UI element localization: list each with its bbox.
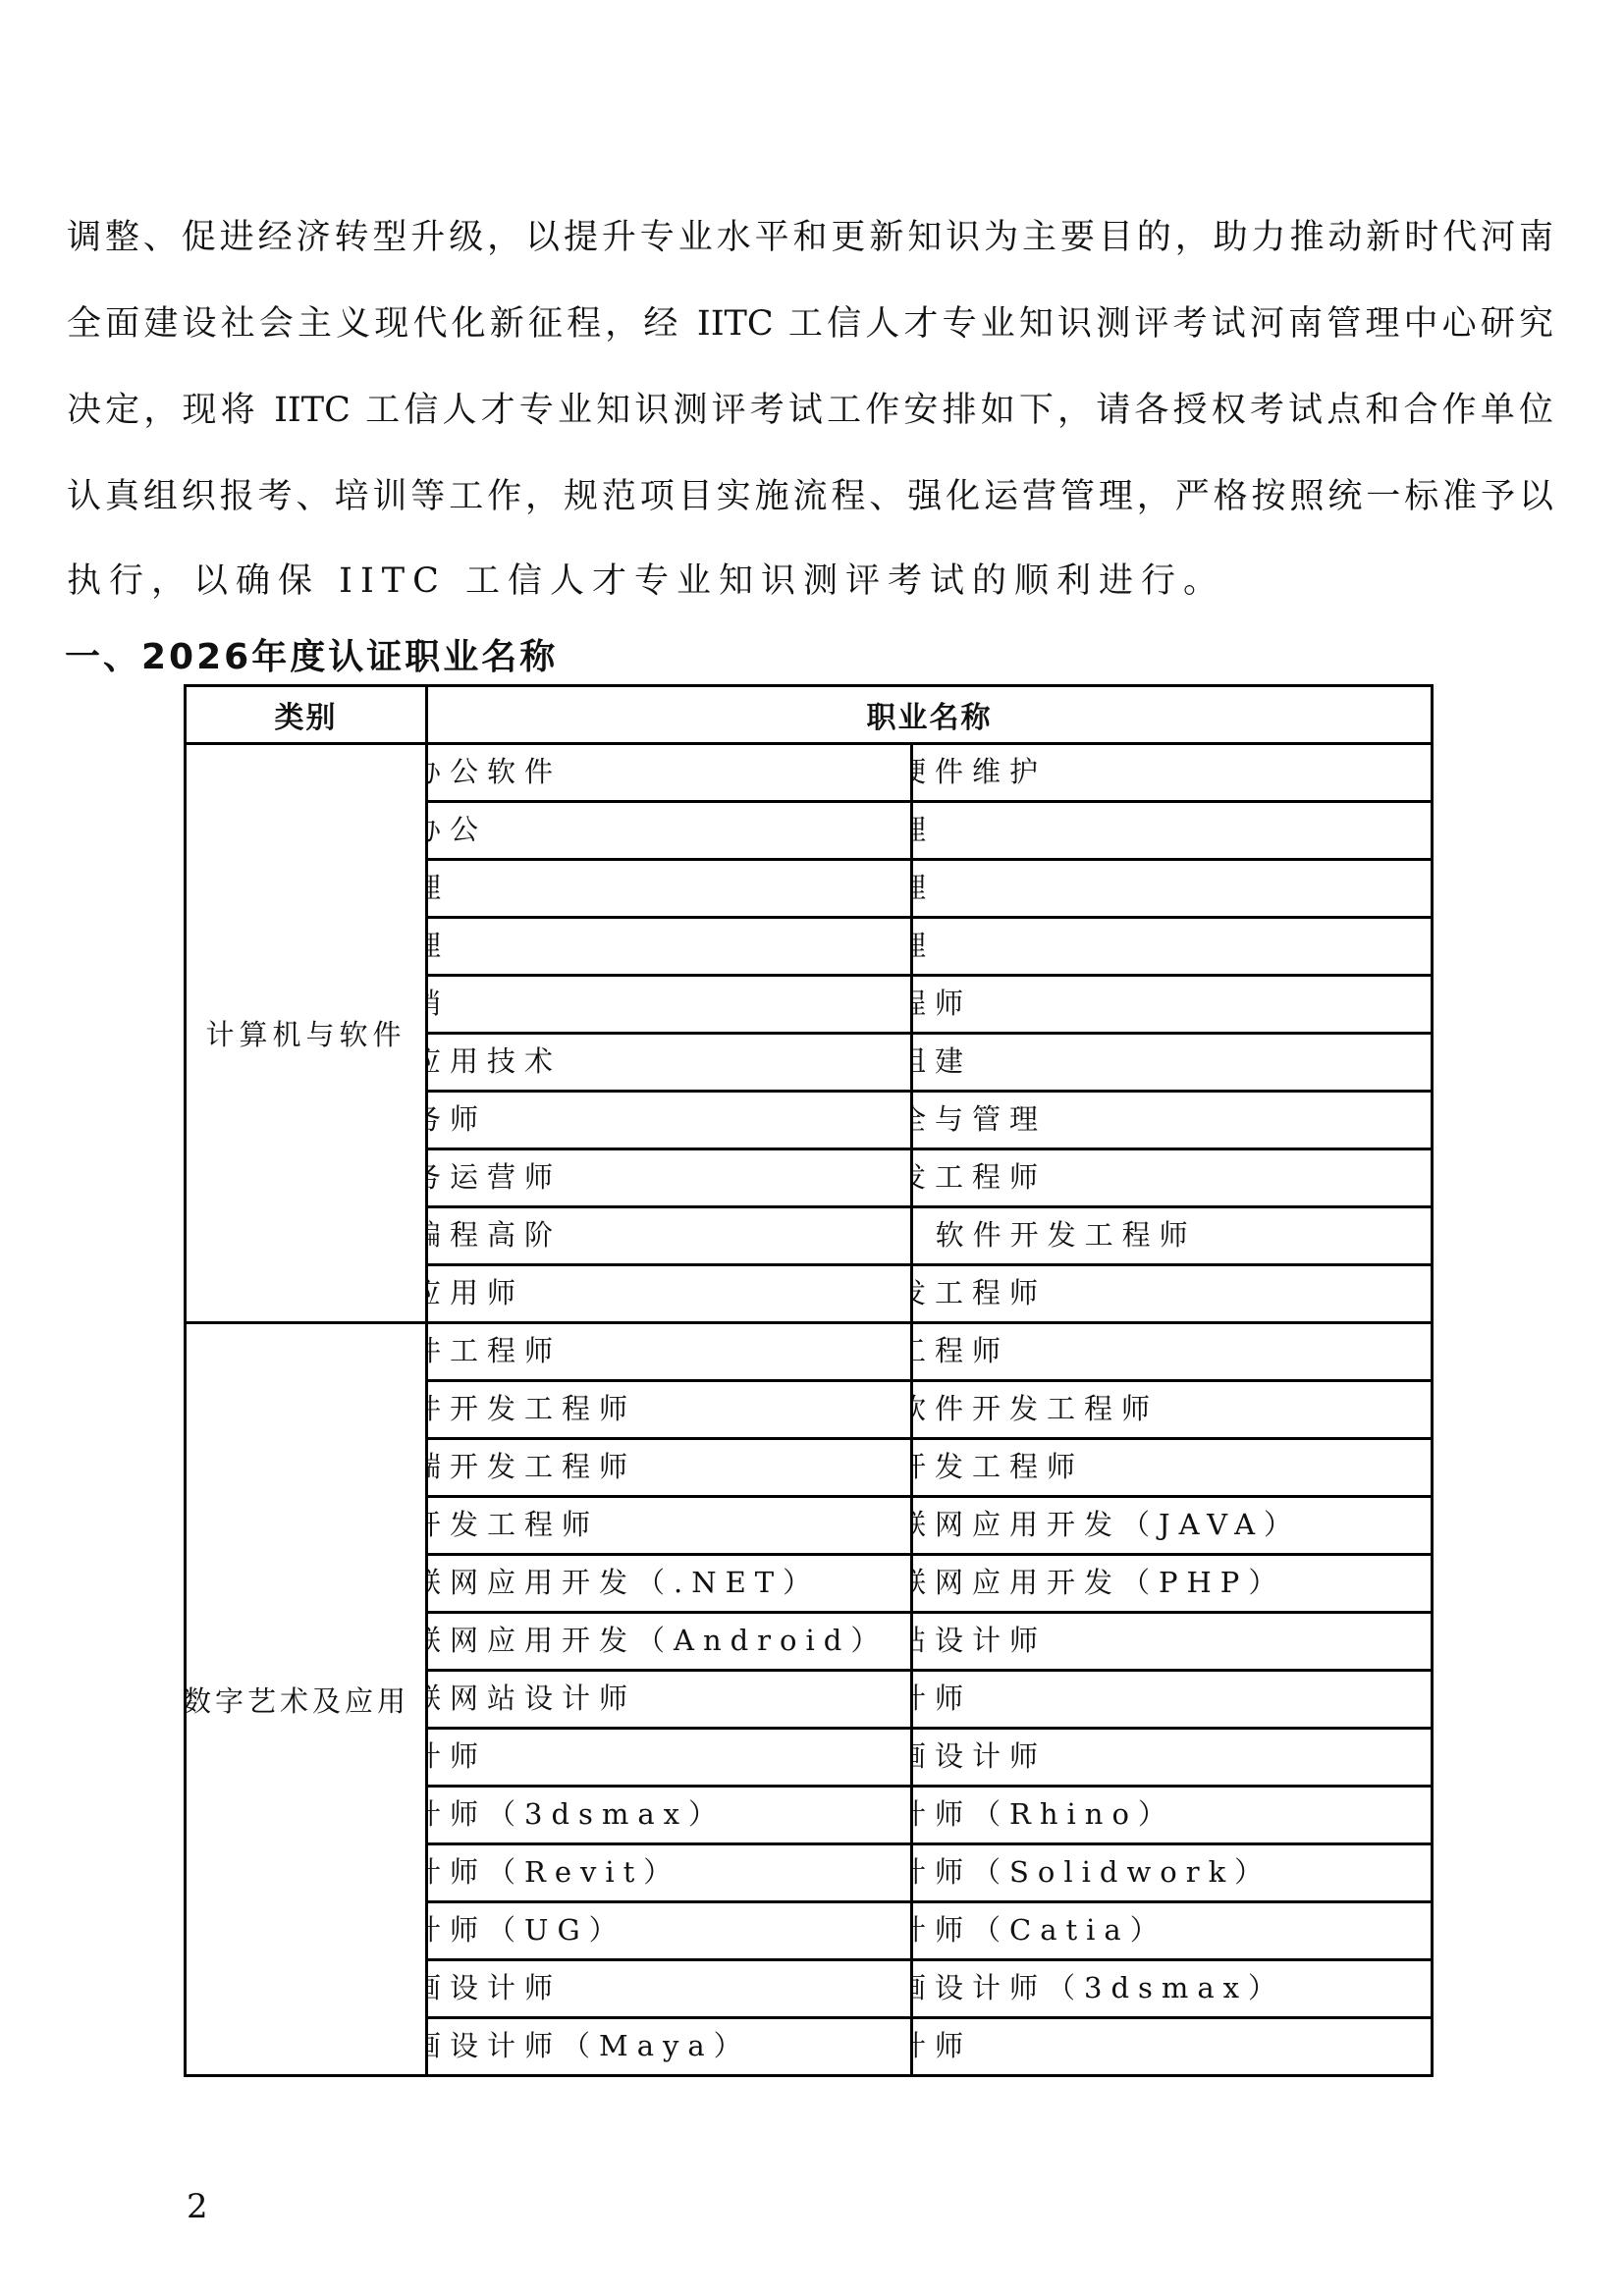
job-title-text: 理 bbox=[428, 924, 450, 964]
job-title-clip: 联网应用开发（.NET） bbox=[428, 1561, 910, 1607]
job-title-clip: 计师 bbox=[913, 2024, 1431, 2070]
job-title-cell: 软件开发工程师 bbox=[912, 1381, 1433, 1439]
job-title-cell: 工程师 bbox=[912, 1323, 1433, 1381]
job-title-text: 计师（Solidwork） bbox=[913, 1850, 1272, 1891]
job-title-cell: I 软件开发工程师 bbox=[912, 1207, 1433, 1265]
job-title-cell: 联网应用开发（Android） bbox=[427, 1613, 912, 1671]
job-title-cell: 计师（Catia） bbox=[912, 1902, 1433, 1960]
job-title-text: 计师 bbox=[913, 1677, 972, 1717]
job-title-cell: 计师 bbox=[912, 1671, 1433, 1729]
job-title-text: 发工程师 bbox=[913, 1155, 1047, 1196]
job-title-text: 计师（UG） bbox=[428, 1908, 626, 1949]
job-title-cell: 计师 bbox=[912, 2018, 1433, 2076]
job-title-clip: 发工程师 bbox=[913, 1271, 1431, 1317]
job-title-text: 联网应用开发（Android） bbox=[428, 1619, 888, 1659]
job-title-clip: 硬件维护 bbox=[913, 750, 1431, 796]
job-title-cell: 计师（UG） bbox=[427, 1902, 912, 1960]
job-title-text: 务运营师 bbox=[428, 1155, 562, 1196]
job-title-clip: 画设计师 bbox=[913, 1735, 1431, 1781]
job-title-cell: 务运营师 bbox=[427, 1149, 912, 1207]
header-job-names: 职业名称 bbox=[427, 686, 1433, 744]
category-cell: 数字艺术及应用 bbox=[186, 1323, 427, 2076]
job-title-text: 端开发工程师 bbox=[428, 1445, 636, 1485]
job-title-text: 应用师 bbox=[428, 1271, 524, 1311]
job-title-text: 理 bbox=[428, 866, 450, 906]
job-title-clip: 开发工程师 bbox=[913, 1445, 1431, 1491]
job-title-text: 开发工程师 bbox=[428, 1503, 599, 1543]
job-titles-table: 类别 职业名称 计算机与软件办公软件硬件维护办公理理理理理销程师应用技术组建务师… bbox=[184, 684, 1434, 2077]
job-title-cell: 画设计师 bbox=[912, 1729, 1433, 1787]
job-title-cell: 计师（Solidwork） bbox=[912, 1844, 1433, 1902]
job-title-cell: 应用师 bbox=[427, 1265, 912, 1323]
job-title-cell: 组建 bbox=[912, 1034, 1433, 1092]
job-title-clip: 办公软件 bbox=[428, 750, 910, 796]
job-title-cell: 理 bbox=[427, 918, 912, 976]
job-title-cell: 开发工程师 bbox=[912, 1439, 1433, 1497]
job-title-clip: 应用师 bbox=[428, 1271, 910, 1317]
job-title-cell: 联网站设计师 bbox=[427, 1671, 912, 1729]
job-title-cell: 理 bbox=[912, 802, 1433, 860]
job-title-cell: 联网应用开发（.NET） bbox=[427, 1555, 912, 1613]
job-title-clip: 计师（Rhino） bbox=[913, 1792, 1431, 1839]
job-title-text: 办公 bbox=[428, 808, 487, 848]
job-title-clip: 务师 bbox=[428, 1097, 910, 1144]
job-title-text: 软件开发工程师 bbox=[913, 1387, 1159, 1427]
job-title-clip: 计师 bbox=[913, 1677, 1431, 1723]
job-title-cell: 端开发工程师 bbox=[427, 1439, 912, 1497]
job-title-text: 联网站设计师 bbox=[428, 1677, 636, 1717]
job-title-text: 销 bbox=[428, 982, 450, 1022]
job-title-clip: 软件开发工程师 bbox=[913, 1387, 1431, 1433]
job-title-text: 计师（Revit） bbox=[428, 1850, 680, 1891]
job-title-text: 画设计师（3dsmax） bbox=[913, 1966, 1285, 2006]
job-title-clip: 联网应用开发（Android） bbox=[428, 1619, 910, 1665]
job-title-cell: 计师（Revit） bbox=[427, 1844, 912, 1902]
job-title-clip: 画设计师 bbox=[428, 1966, 910, 2012]
job-title-text: 画设计师（Maya） bbox=[428, 2024, 751, 2064]
page-number: 2 bbox=[187, 2187, 208, 2226]
job-title-clip: 联网应用开发（PHP） bbox=[913, 1561, 1431, 1607]
job-title-cell: 发工程师 bbox=[912, 1149, 1433, 1207]
job-title-text: 联网应用开发（JAVA） bbox=[913, 1503, 1301, 1543]
job-title-clip: 计师（Catia） bbox=[913, 1908, 1431, 1954]
job-title-text: 应用技术 bbox=[428, 1040, 562, 1080]
job-title-text: 硬件维护 bbox=[913, 750, 1047, 790]
job-title-clip: 销 bbox=[428, 982, 910, 1028]
job-title-clip: 组建 bbox=[913, 1040, 1431, 1086]
job-title-cell: 办公软件 bbox=[427, 744, 912, 802]
paragraph-line: 全面建设社会主义现代化新征程，经 IITC 工信人才专业知识测评考试河南管理中心… bbox=[67, 281, 1553, 367]
job-title-clip: 发工程师 bbox=[913, 1155, 1431, 1201]
job-title-cell: 画设计师（Maya） bbox=[427, 2018, 912, 2076]
job-title-cell: 开发工程师 bbox=[427, 1497, 912, 1555]
job-title-text: 画设计师 bbox=[428, 1966, 562, 2006]
job-title-clip: 联网站设计师 bbox=[428, 1677, 910, 1723]
job-title-text: 计师 bbox=[428, 1735, 487, 1775]
job-title-text: 理 bbox=[913, 808, 935, 848]
job-title-text: 计师（Catia） bbox=[913, 1908, 1167, 1949]
job-title-clip: 理 bbox=[913, 924, 1431, 970]
job-title-cell: 硬件维护 bbox=[912, 744, 1433, 802]
job-title-text: 站设计师 bbox=[913, 1619, 1047, 1659]
category-cell: 计算机与软件 bbox=[186, 744, 427, 1323]
job-title-clip: 画设计师（3dsmax） bbox=[913, 1966, 1431, 2012]
job-title-text: 计师（Rhino） bbox=[913, 1792, 1175, 1833]
job-title-text: 办公软件 bbox=[428, 750, 562, 790]
job-title-clip: 办公 bbox=[428, 808, 910, 854]
job-title-cell: 联网应用开发（JAVA） bbox=[912, 1497, 1433, 1555]
job-title-clip: 工程师 bbox=[913, 1329, 1431, 1375]
job-title-clip: 理 bbox=[913, 866, 1431, 912]
job-title-clip: 计师 bbox=[428, 1735, 910, 1781]
paragraph-line: 执行，以确保 IITC 工信人才专业知识测评考试的顺利进行。 bbox=[67, 538, 1553, 624]
job-title-clip: 理 bbox=[428, 924, 910, 970]
job-title-text: 全与管理 bbox=[913, 1097, 1047, 1138]
job-title-clip: 程师 bbox=[913, 982, 1431, 1028]
paragraph-line: 认真组织报考、培训等工作，规范项目实施流程、强化运营管理，严格按照统一标准予以 bbox=[67, 454, 1553, 540]
job-title-cell: 理 bbox=[912, 860, 1433, 918]
job-title-cell: 理 bbox=[427, 860, 912, 918]
job-title-text: 程师 bbox=[913, 982, 972, 1022]
job-title-text: 计师（3dsmax） bbox=[428, 1792, 726, 1833]
job-title-clip: 件开发工程师 bbox=[428, 1387, 910, 1433]
paragraph-line: 调整、促进经济转型升级，以提升专业水平和更新知识为主要目的，助力推动新时代河南 bbox=[67, 194, 1553, 281]
job-title-cell: 计师（3dsmax） bbox=[427, 1787, 912, 1844]
job-title-text: 工程师 bbox=[913, 1329, 1009, 1369]
job-title-text: 组建 bbox=[913, 1040, 972, 1080]
job-title-clip: 务运营师 bbox=[428, 1155, 910, 1201]
job-title-clip: 联网应用开发（JAVA） bbox=[913, 1503, 1431, 1549]
job-title-clip: 计师（UG） bbox=[428, 1908, 910, 1954]
job-title-text: 发工程师 bbox=[913, 1271, 1047, 1311]
job-title-clip: 计师（3dsmax） bbox=[428, 1792, 910, 1839]
job-title-text: 务师 bbox=[428, 1097, 487, 1138]
job-title-cell: 站设计师 bbox=[912, 1613, 1433, 1671]
job-title-cell: 发工程师 bbox=[912, 1265, 1433, 1323]
table-header-row: 类别 职业名称 bbox=[186, 686, 1433, 744]
job-title-text: 联网应用开发（.NET） bbox=[428, 1561, 820, 1601]
job-title-cell: 画设计师 bbox=[427, 1960, 912, 2018]
paragraph-line: 决定，现将 IITC 工信人才专业知识测评考试工作安排如下，请各授权考试点和合作… bbox=[67, 367, 1553, 454]
job-title-text: 计师 bbox=[913, 2024, 972, 2064]
job-title-cell: 全与管理 bbox=[912, 1092, 1433, 1149]
job-title-clip: 理 bbox=[913, 808, 1431, 854]
header-category: 类别 bbox=[186, 686, 427, 744]
job-title-cell: 程师 bbox=[912, 976, 1433, 1034]
job-title-cell: 件开发工程师 bbox=[427, 1381, 912, 1439]
job-title-cell: 编程高阶 bbox=[427, 1207, 912, 1265]
job-title-text: 开发工程师 bbox=[913, 1445, 1084, 1485]
section-heading: 一、2026年度认证职业名称 bbox=[65, 633, 558, 682]
job-title-cell: 务师 bbox=[427, 1092, 912, 1149]
job-title-cell: 件工程师 bbox=[427, 1323, 912, 1381]
job-title-clip: 计师（Revit） bbox=[428, 1850, 910, 1896]
job-title-clip: 件工程师 bbox=[428, 1329, 910, 1375]
job-title-text: 理 bbox=[913, 924, 935, 964]
job-title-clip: 画设计师（Maya） bbox=[428, 2024, 910, 2070]
job-title-cell: 办公 bbox=[427, 802, 912, 860]
job-title-text: I 软件开发工程师 bbox=[913, 1213, 1197, 1254]
job-title-text: 画设计师 bbox=[913, 1735, 1047, 1775]
job-title-clip: 端开发工程师 bbox=[428, 1445, 910, 1491]
job-title-cell: 销 bbox=[427, 976, 912, 1034]
job-title-text: 件开发工程师 bbox=[428, 1387, 636, 1427]
job-title-clip: 编程高阶 bbox=[428, 1213, 910, 1259]
job-title-text: 联网应用开发（PHP） bbox=[913, 1561, 1285, 1601]
job-title-clip: I 软件开发工程师 bbox=[913, 1213, 1431, 1259]
job-title-clip: 站设计师 bbox=[913, 1619, 1431, 1665]
job-title-text: 编程高阶 bbox=[428, 1213, 562, 1254]
job-title-clip: 应用技术 bbox=[428, 1040, 910, 1086]
job-title-clip: 理 bbox=[428, 866, 910, 912]
job-title-text: 件工程师 bbox=[428, 1329, 562, 1369]
job-title-cell: 联网应用开发（PHP） bbox=[912, 1555, 1433, 1613]
table-row: 数字艺术及应用件工程师工程师 bbox=[186, 1323, 1433, 1381]
job-title-cell: 理 bbox=[912, 918, 1433, 976]
table-row: 计算机与软件办公软件硬件维护 bbox=[186, 744, 1433, 802]
job-title-clip: 计师（Solidwork） bbox=[913, 1850, 1431, 1896]
job-title-cell: 应用技术 bbox=[427, 1034, 912, 1092]
job-title-cell: 计师 bbox=[427, 1729, 912, 1787]
job-title-cell: 画设计师（3dsmax） bbox=[912, 1960, 1433, 2018]
job-title-clip: 开发工程师 bbox=[428, 1503, 910, 1549]
job-title-cell: 计师（Rhino） bbox=[912, 1787, 1433, 1844]
job-title-text: 理 bbox=[913, 866, 935, 906]
job-title-clip: 全与管理 bbox=[913, 1097, 1431, 1144]
